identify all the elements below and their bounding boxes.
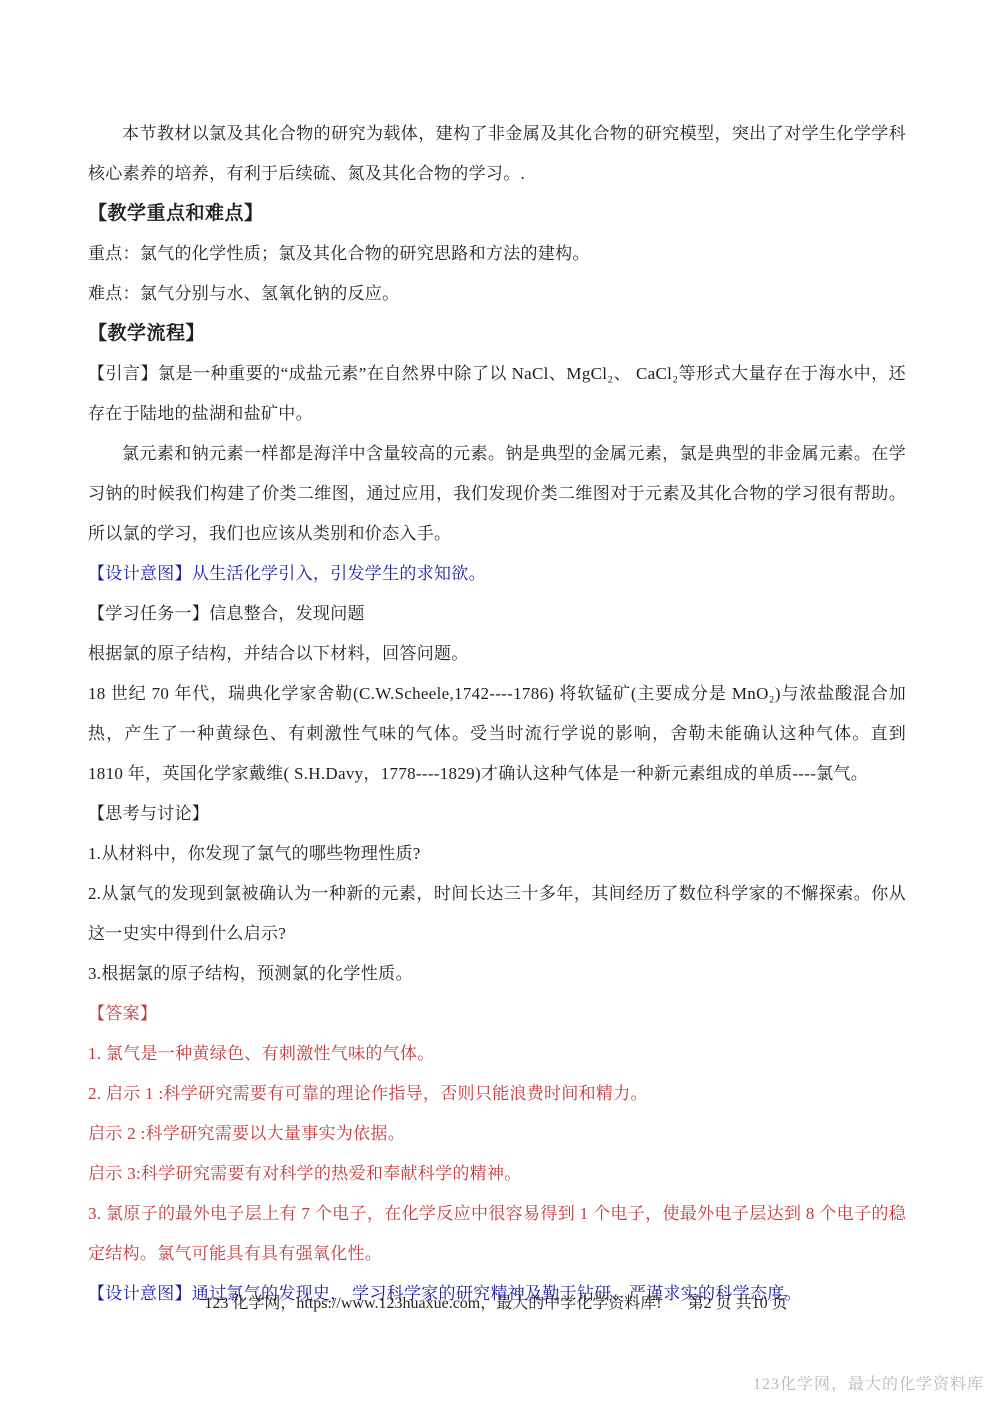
material-paragraph: 18 世纪 70 年代，瑞典化学家舍勒(C.W.Scheele,1742----… [88, 674, 906, 794]
overview-paragraph: 本节教材以氯及其化合物的研究为载体，建构了非金属及其化合物的研究模型，突出了对学… [88, 114, 906, 194]
think-discuss-heading: 【思考与讨论】 [88, 794, 906, 834]
question-3: 3.根据氯的原子结构，预测氯的化学性质。 [88, 954, 906, 994]
learning-task-1-heading: 【学习任务一】信息整合，发现问题 [88, 594, 906, 634]
teaching-process-heading: 【教学流程】 [88, 314, 906, 354]
key-points-heading: 【教学重点和难点】 [88, 194, 906, 234]
document-body: 本节教材以氯及其化合物的研究为载体，建构了非金属及其化合物的研究模型，突出了对学… [88, 114, 906, 1314]
answer-2-hint-1: 2. 启示 1 :科学研究需要有可靠的理论作指导，否则只能浪费时间和精力。 [88, 1074, 906, 1114]
footer-site-text: 123 化学网，https://www.123huaxue.com，最大的中学化… [204, 1295, 661, 1312]
document-page: { "colors": { "body_text": "#1f1f1f", "d… [0, 0, 992, 1403]
answer-2-hint-3: 启示 3:科学研究需要有对科学的热爱和奉献科学的精神。 [88, 1154, 906, 1194]
question-2: 2.从氯气的发现到氯被确认为一种新的元素，时间长达三十多年，其间经历了数位科学家… [88, 874, 906, 954]
answer-1: 1. 氯气是一种黄绿色、有刺激性气味的气体。 [88, 1034, 906, 1074]
context-paragraph: 氯元素和钠元素一样都是海洋中含量较高的元素。钠是典型的金属元素，氯是典型的非金属… [88, 434, 906, 554]
answers-heading: 【答案】 [88, 994, 906, 1034]
answer-2-hint-2: 启示 2 :科学研究需要以大量事实为依据。 [88, 1114, 906, 1154]
task-1-instruction: 根据氯的原子结构，并结合以下材料，回答问题。 [88, 634, 906, 674]
design-intent-note-1: 【设计意图】从生活化学引入，引发学生的求知欲。 [88, 554, 906, 594]
answer-3: 3. 氯原子的最外电子层上有 7 个电子，在化学反应中很容易得到 1 个电子，使… [88, 1194, 906, 1274]
watermark-text: 123化学网，最大的化学资料库 [753, 1371, 984, 1394]
difficult-point-line: 难点：氯气分别与水、氢氧化钠的反应。 [88, 274, 906, 314]
question-1: 1.从材料中，你发现了氯气的哪些物理性质? [88, 834, 906, 874]
introduction-paragraph: 【引言】氯是一种重要的“成盐元素”在自然界中除了以 NaCl、MgCl₂、 Ca… [88, 354, 906, 434]
footer-page-number: 第2 页 共10 页 [688, 1295, 788, 1312]
page-footer: 123 化学网，https://www.123huaxue.com，最大的中学化… [0, 1292, 992, 1316]
key-point-line: 重点：氯气的化学性质；氯及其化合物的研究思路和方法的建构。 [88, 234, 906, 274]
